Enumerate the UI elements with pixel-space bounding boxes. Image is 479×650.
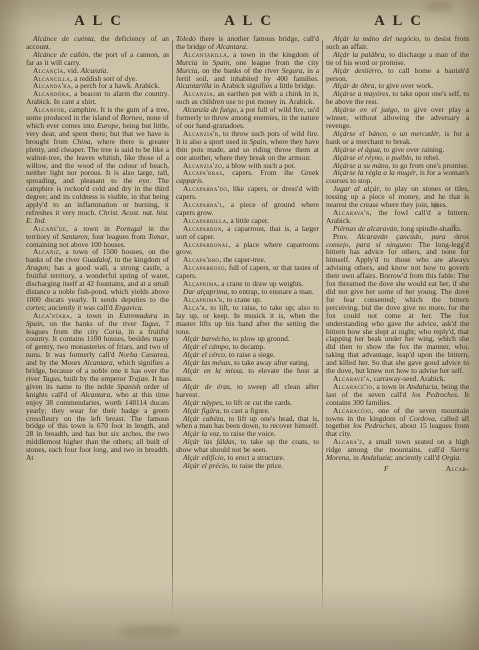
italic-phrase: Andaluzia <box>361 453 391 462</box>
dictionary-paragraph: Alcañiz, a town of 1500 houses, on the b… <box>26 248 169 311</box>
dictionary-paragraph: Alcañe'de, a town in Portugal in the ter… <box>26 225 169 249</box>
dictionary-paragraph: Alçárse a mayóres, to take upon one's se… <box>326 90 469 106</box>
dictionary-paragraph: Alçárse la régla a la mugér, is for a wo… <box>326 169 469 185</box>
dictionary-paragraph: Alcánce de cañón, the port of a cannon, … <box>26 51 169 67</box>
dictionary-paragraph: Alcánce de cuénta, the deficiency of an … <box>26 35 169 51</box>
dictionary-paragraph: Alçár en la míssa, to elevate the host a… <box>176 367 319 383</box>
dictionary-paragraph: Alçár las fáldas, to take up the coats, … <box>176 438 319 454</box>
italic-phrase: los Pedroches <box>412 390 457 399</box>
dictionary-paragraph: Prov. Alcaraván çancúdo, para ótros cons… <box>326 233 469 375</box>
dictionary-paragraph: Alcaparra'l, a piece of ground where cap… <box>176 201 319 217</box>
book-page: ALC Alcánce de cuénta, the deficiency of… <box>0 0 479 650</box>
column-divider <box>172 40 173 615</box>
running-head-right: ALC <box>326 13 469 30</box>
signature-mark: F <box>384 465 389 473</box>
dictionary-paragraph: Alcaparra'do, like capers, or dress'd wi… <box>176 185 319 201</box>
dictionary-paragraph: Alcandóra, a beacon to alarm the country… <box>26 90 169 106</box>
dictionary-paragraph: Alcarava'n, the fowl call'd a bittern. A… <box>326 209 469 225</box>
column-right-text: Alçár la máno del negócio, to desist fro… <box>326 35 469 462</box>
column-middle: ALC Toledo there is another famous bridg… <box>176 13 319 615</box>
column-left-text: Alcánce de cuénta, the deficiency of an … <box>26 35 169 462</box>
italic-phrase: Alçár el précio <box>183 461 228 470</box>
catchword: Alcar- <box>446 465 469 473</box>
italic-phrase: Orgia <box>442 453 459 462</box>
columns-container: ALC Alcánce de cuénta, the deficiency of… <box>26 13 469 615</box>
dictionary-paragraph: Alcara'z, a small town seated on a high … <box>326 438 469 462</box>
definition-text: ; has a good wall, a strong castle, a fr… <box>26 263 169 304</box>
paper-stain <box>425 2 451 11</box>
italic-phrase: los Pedroches <box>353 421 395 430</box>
dictionary-paragraph: Alcaparroso, full of capers, or that tas… <box>176 264 319 280</box>
dictionary-paragraph: Alcanzia, an earthen pot with a chink in… <box>176 90 319 106</box>
dictionary-paragraph: Alcanzia'r, to throw such pots of wild f… <box>176 130 319 162</box>
dictionary-paragraph: Alcanzía de fuégo, a pot full of wild fi… <box>176 106 319 130</box>
running-head-left: ALC <box>26 13 169 30</box>
definition-text: , who at this time enjoy 38 commendaries… <box>26 390 169 462</box>
definition-text: , in <box>349 453 361 462</box>
dictionary-paragraph: Alçár cabéza, to lift up one's head, tha… <box>176 415 319 431</box>
dictionary-paragraph: Alçárse en el juégo, to give over play a… <box>326 106 469 130</box>
definition-text: ; anciently call'd <box>391 453 442 462</box>
dictionary-paragraph: Alcaracójo, one of the seven mountain to… <box>326 407 469 439</box>
definition-text: , capers. From the Greek <box>223 168 319 177</box>
running-head-middle: ALC <box>176 13 319 30</box>
column-left: ALC Alcánce de cuénta, the deficiency of… <box>26 13 169 615</box>
dictionary-paragraph: Alçár el précio, to raise the price. <box>176 462 319 470</box>
dictionary-paragraph: Alcarace'jo, a town in Andalucia, being … <box>326 383 469 407</box>
dictionary-paragraph: Alca'ntara, a town in Estremadura in Spa… <box>26 312 169 462</box>
column-divider <box>322 40 323 615</box>
dictionary-paragraph: Alçár la máno del negócio, to desist fro… <box>326 35 469 51</box>
dictionary-paragraph: Alçár de éras, to sweep all clean after … <box>176 383 319 399</box>
dictionary-paragraph: Alçárse el bánco, o un mercadér, is for … <box>326 130 469 146</box>
dictionary-paragraph: Alcaparron, a caparroon, that is, a larg… <box>176 225 319 241</box>
dictionary-paragraph: Alcantarilla, a town in the kingdom of M… <box>176 51 319 91</box>
dictionary-paragraph: Alça'r, to lift, to raise, to take up; a… <box>176 304 319 336</box>
column-middle-text: Toledo there is another famous bridge, c… <box>176 35 319 470</box>
italic-phrase: Tomar <box>148 232 167 241</box>
dictionary-paragraph: Jugar al alçár, to play on stones or til… <box>326 185 469 209</box>
dictionary-paragraph: Alcaparronal, a place where caparroons g… <box>176 241 319 257</box>
definition-text: . <box>459 453 461 462</box>
column-right: ALC Alçár la máno del negócio, to desist… <box>326 13 469 615</box>
footer-line: F Alcar- <box>326 465 469 473</box>
definition-text: , to raise the price. <box>228 461 283 470</box>
definition-text: , where there is greater plenty, and che… <box>26 137 169 217</box>
dictionary-paragraph: Alçár la palábra, to discharge a man of … <box>326 51 469 67</box>
dictionary-paragraph: Toledo there is another famous bridge, c… <box>176 35 319 51</box>
paper-stain <box>120 625 180 637</box>
definition-text: The long-legg'd bittern has advice for o… <box>326 240 469 376</box>
dictionary-paragraph: Alcapa'rras, capers. From the Greek capp… <box>176 169 319 185</box>
dictionary-paragraph: Alçár destiérro, to call home a banish'd… <box>326 67 469 83</box>
dictionary-paragraph: Alcanfor, camphire. It is the gum of a t… <box>26 106 169 225</box>
